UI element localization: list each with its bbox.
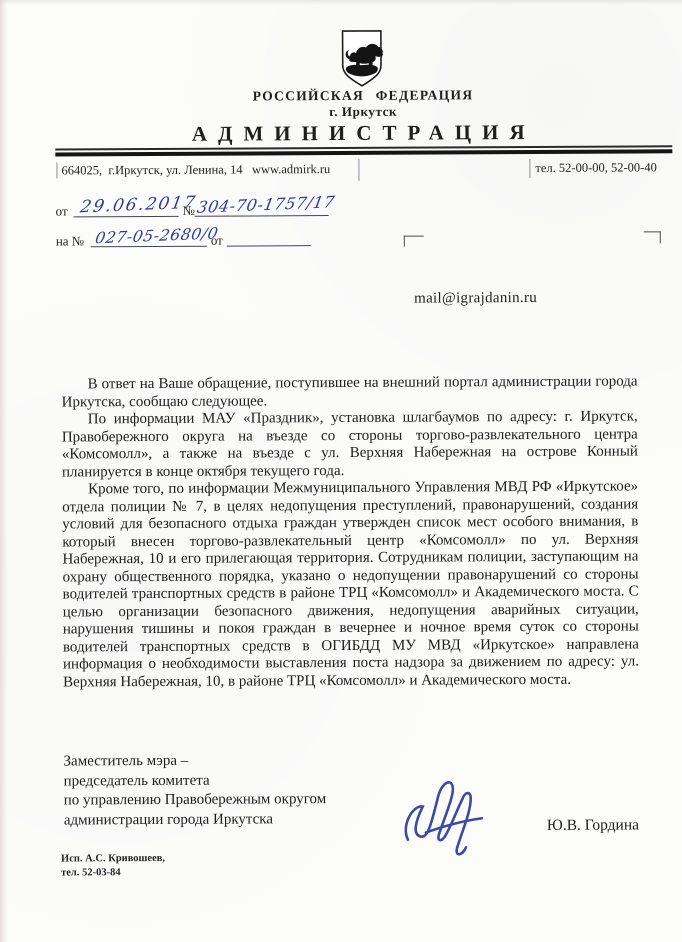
letter-content: РОССИЙСКАЯ ФЕДЕРАЦИЯ г. Иркутск АДМИНИСТ… xyxy=(0,0,682,942)
body-paragraph: По информации МАУ «Праздник», установка … xyxy=(62,408,638,481)
executor-phone: тел. 52-03-84 xyxy=(61,866,165,881)
recipient-email: mail@igrajdanin.ru xyxy=(414,290,537,308)
signatory-position: Заместитель мэра –председатель комитетап… xyxy=(63,751,326,830)
ref-from-label: от xyxy=(56,203,68,219)
signatory-position-line: Заместитель мэра – xyxy=(63,751,326,772)
contact-divider-right xyxy=(529,159,530,178)
letter-body: В ответ на Ваше обращение, поступившее н… xyxy=(62,373,640,691)
contact-divider-middle xyxy=(358,159,359,181)
header-city: г. Иркутск xyxy=(38,102,682,121)
handwritten-signature xyxy=(398,775,498,864)
signatory-position-line: по управлению Правобережным округом xyxy=(64,790,327,811)
ref-number-label: № xyxy=(183,203,195,219)
ref-reply-label: на № xyxy=(56,233,84,249)
executor-block: Исп. А.С. Кривошеев, тел. 52-03-84 xyxy=(61,852,165,881)
signatory-position-line: администрации города Иркутска xyxy=(64,810,327,831)
recipient-zone-corner-right xyxy=(644,231,661,243)
body-paragraph: Кроме того, по информации Межмуниципальн… xyxy=(62,478,639,691)
executor-name: Исп. А.С. Кривошеев, xyxy=(61,852,165,867)
contact-phone: тел. 52-00-00, 52-00-40 xyxy=(535,160,656,176)
scanned-letter-page: РОССИЙСКАЯ ФЕДЕРАЦИЯ г. Иркутск АДМИНИСТ… xyxy=(0,0,682,942)
letterhead-rule-thick xyxy=(55,149,672,156)
signatory-position-line: председатель комитета xyxy=(64,771,327,792)
body-paragraph: В ответ на Ваше обращение, поступившее н… xyxy=(62,373,638,411)
contact-divider-left xyxy=(56,162,57,178)
handwritten-date: 29.06.2017 xyxy=(79,193,199,218)
ref-reply-from-label: от xyxy=(211,233,223,249)
ref-reply-date-field-line xyxy=(227,244,311,246)
recipient-zone-corner-left xyxy=(404,236,424,247)
irkutsk-coat-of-arms-icon xyxy=(339,29,385,88)
signatory-name: Ю.В. Гордина xyxy=(547,816,639,834)
header-organization-title: АДМИНИСТРАЦИЯ xyxy=(28,119,682,147)
handwritten-number: 304-70-1757/17 xyxy=(196,192,337,216)
contact-address: 664025, г.Иркутск, ул. Ленина, 14 www.ad… xyxy=(61,162,330,178)
